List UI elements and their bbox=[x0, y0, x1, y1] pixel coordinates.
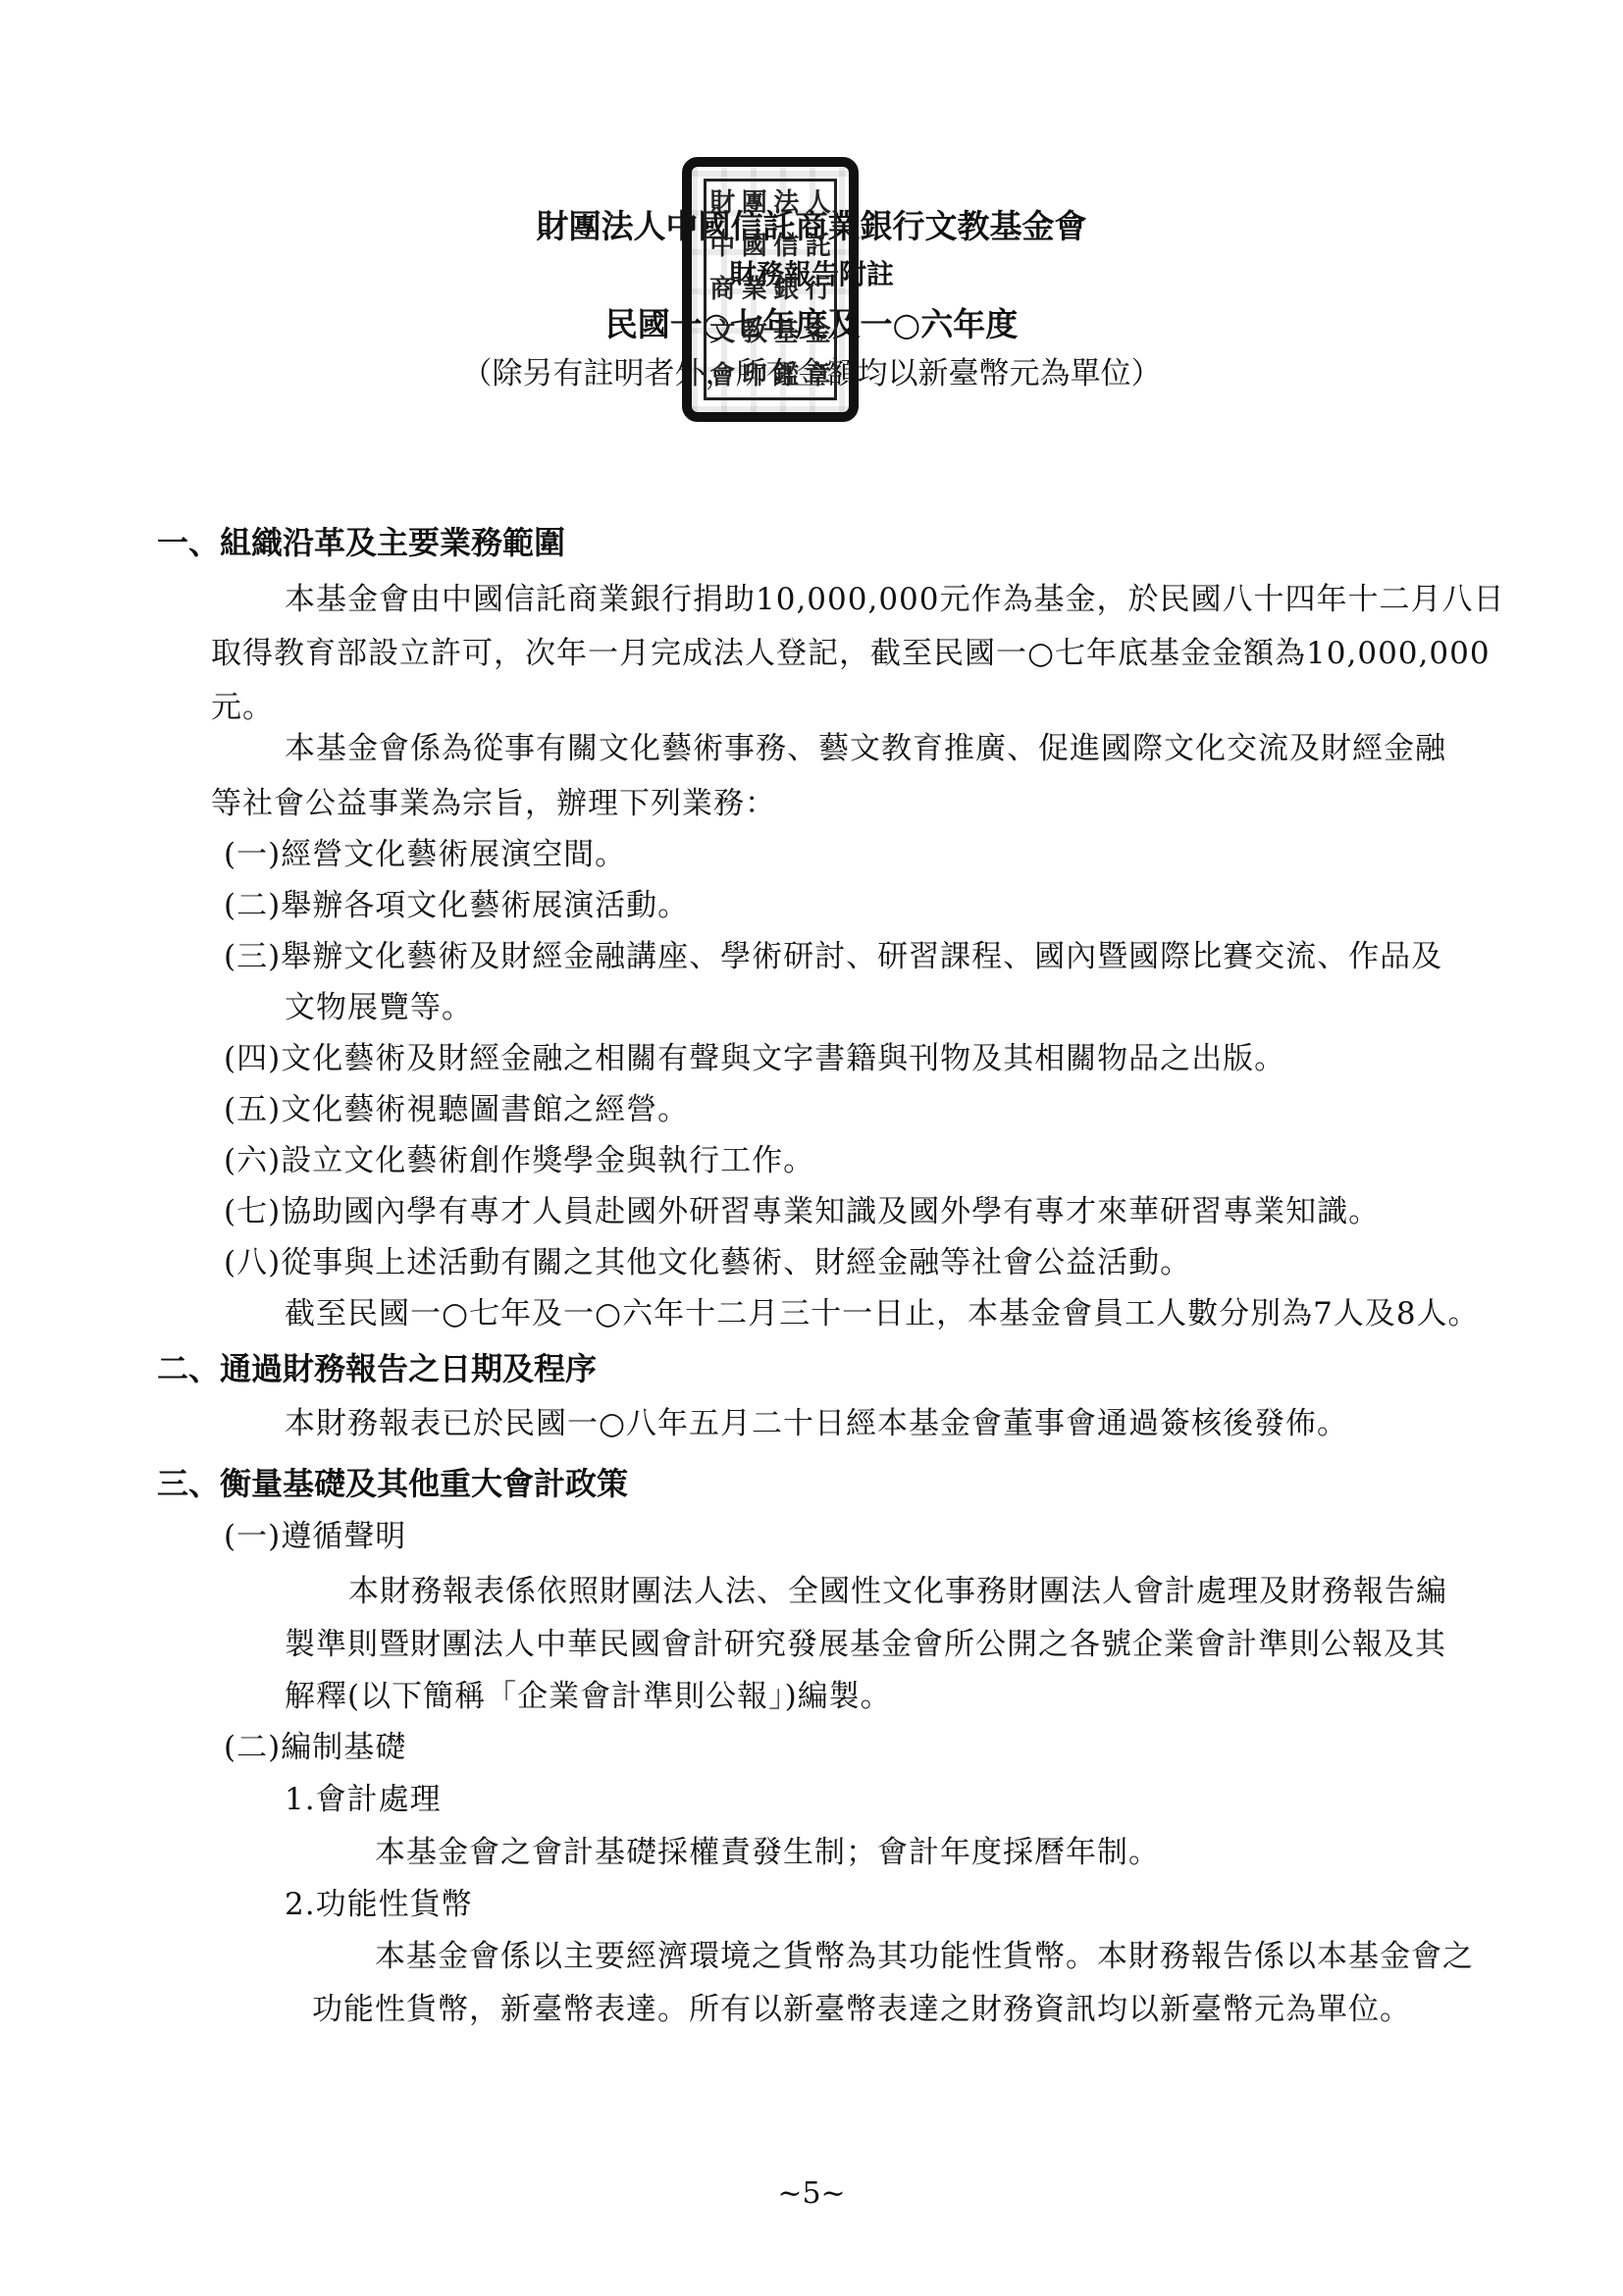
seal-char: 法 bbox=[770, 182, 803, 225]
s1-staff-count: 截至民國一○七年及一○六年十二月三十一日止，本基金會員工人數分別為7人及8人。 bbox=[285, 1288, 1480, 1332]
seal-char: 會 bbox=[707, 354, 739, 397]
s1-item-1: (一)經營文化藝術展演空間。 bbox=[224, 829, 626, 873]
page-number: ~5~ bbox=[0, 2176, 1623, 2211]
seal-char: 文 bbox=[707, 311, 739, 354]
seal-char: 行 bbox=[803, 268, 835, 311]
s3-sub2-item2-line2: 功能性貨幣，新臺幣表達。所有以新臺幣表達之財務資訊均以新臺幣元為單位。 bbox=[312, 1984, 1411, 2028]
s3-sub2-title: (二)編制基礎 bbox=[224, 1722, 406, 1766]
seal-char: 團 bbox=[739, 182, 771, 225]
s1-para1-line3: 元。 bbox=[211, 682, 274, 726]
s1-para2-line1: 本基金會係為從事有關文化藝術事務、藝文教育推廣、促進國際文化交流及財經金融 bbox=[285, 723, 1446, 767]
s1-item-7: (七)協助國內學有專才人員赴國外研習專業知識及國外學有專才來華研習專業知識。 bbox=[224, 1186, 1380, 1230]
s3-sub1-line2: 製準則暨財團法人中華民國會計研究發展基金會所公開之各號企業會計準則公報及其 bbox=[285, 1619, 1446, 1663]
seal-char: 印 bbox=[739, 354, 771, 397]
section-1-heading: 一、組織沿革及主要業務範圍 bbox=[157, 518, 565, 563]
s3-sub1-title: (一)遵循聲明 bbox=[224, 1511, 406, 1555]
s1-para1-line1: 本基金會由中國信託商業銀行捐助10,000,000元作為基金，於民國八十四年十二… bbox=[285, 574, 1505, 618]
seal-char: 託 bbox=[803, 225, 835, 268]
section-2-heading: 二、通過財務報告之日期及程序 bbox=[157, 1344, 597, 1389]
s1-item-8: (八)從事與上述活動有關之其他文化藝術、財經金融等社會公益活動。 bbox=[224, 1237, 1191, 1281]
seal-char: 章 bbox=[803, 354, 835, 397]
section-3-heading: 三、衡量基礎及其他重大會計政策 bbox=[157, 1459, 628, 1504]
s3-sub2-item2-title: 2.功能性貨幣 bbox=[285, 1879, 473, 1923]
s1-item-6: (六)設立文化藝術創作獎學金與執行工作。 bbox=[224, 1135, 814, 1179]
s3-sub2-item1-title: 1.會計處理 bbox=[285, 1774, 442, 1818]
seal-char: 人 bbox=[803, 182, 835, 225]
seal-characters: 財 團 法 人 中 國 信 託 商 業 銀 行 文 教 基 金 會 印 鑑 章 bbox=[704, 179, 837, 400]
seal-char: 教 bbox=[739, 311, 771, 354]
s1-item-3-cont: 文物展覽等。 bbox=[285, 982, 473, 1026]
seal-char: 金 bbox=[803, 311, 835, 354]
seal-char: 鑑 bbox=[770, 354, 803, 397]
seal-char: 國 bbox=[739, 225, 771, 268]
s3-sub2-item1-body: 本基金會之會計基礎採權責發生制；會計年度採曆年制。 bbox=[375, 1827, 1160, 1871]
s1-item-3: (三)舉辦文化藝術及財經金融講座、學術研討、研習課程、國內暨國際比賽交流、作品及 bbox=[224, 931, 1442, 975]
seal-char: 業 bbox=[739, 268, 771, 311]
seal-char: 中 bbox=[707, 225, 739, 268]
s1-item-5: (五)文化藝術視聽圖書館之經營。 bbox=[224, 1084, 689, 1128]
seal-char: 信 bbox=[770, 225, 803, 268]
s3-sub1-line3: 解釋(以下簡稱「企業會計準則公報」)編製。 bbox=[285, 1671, 892, 1715]
s2-body: 本財務報表已於民國一○八年五月二十日經本基金會董事會通過簽核後發佈。 bbox=[285, 1398, 1348, 1442]
s1-para1-line2: 取得教育部設立許可，次年一月完成法人登記，截至民國一○七年底基金金額為10,00… bbox=[211, 628, 1491, 672]
s3-sub1-line1: 本財務報表係依照財團法人法、全國性文化事務財團法人會計處理及財務報告編 bbox=[348, 1566, 1447, 1610]
official-seal-stamp: 財 團 法 人 中 國 信 託 商 業 銀 行 文 教 基 金 會 印 鑑 章 bbox=[682, 157, 859, 422]
seal-char: 基 bbox=[770, 311, 803, 354]
seal-char: 財 bbox=[707, 182, 739, 225]
s1-para2-line2: 等社會公益事業為宗旨，辦理下列業務： bbox=[211, 778, 776, 822]
seal-char: 商 bbox=[707, 268, 739, 311]
seal-char: 銀 bbox=[770, 268, 803, 311]
s1-item-2: (二)舉辦各項文化藝術展演活動。 bbox=[224, 880, 689, 924]
s1-item-4: (四)文化藝術及財經金融之相關有聲與文字書籍與刊物及其相關物品之出版。 bbox=[224, 1033, 1285, 1077]
s3-sub2-item2-line1: 本基金會係以主要經濟環境之貨幣為其功能性貨幣。本財務報告係以本基金會之 bbox=[375, 1931, 1474, 1975]
